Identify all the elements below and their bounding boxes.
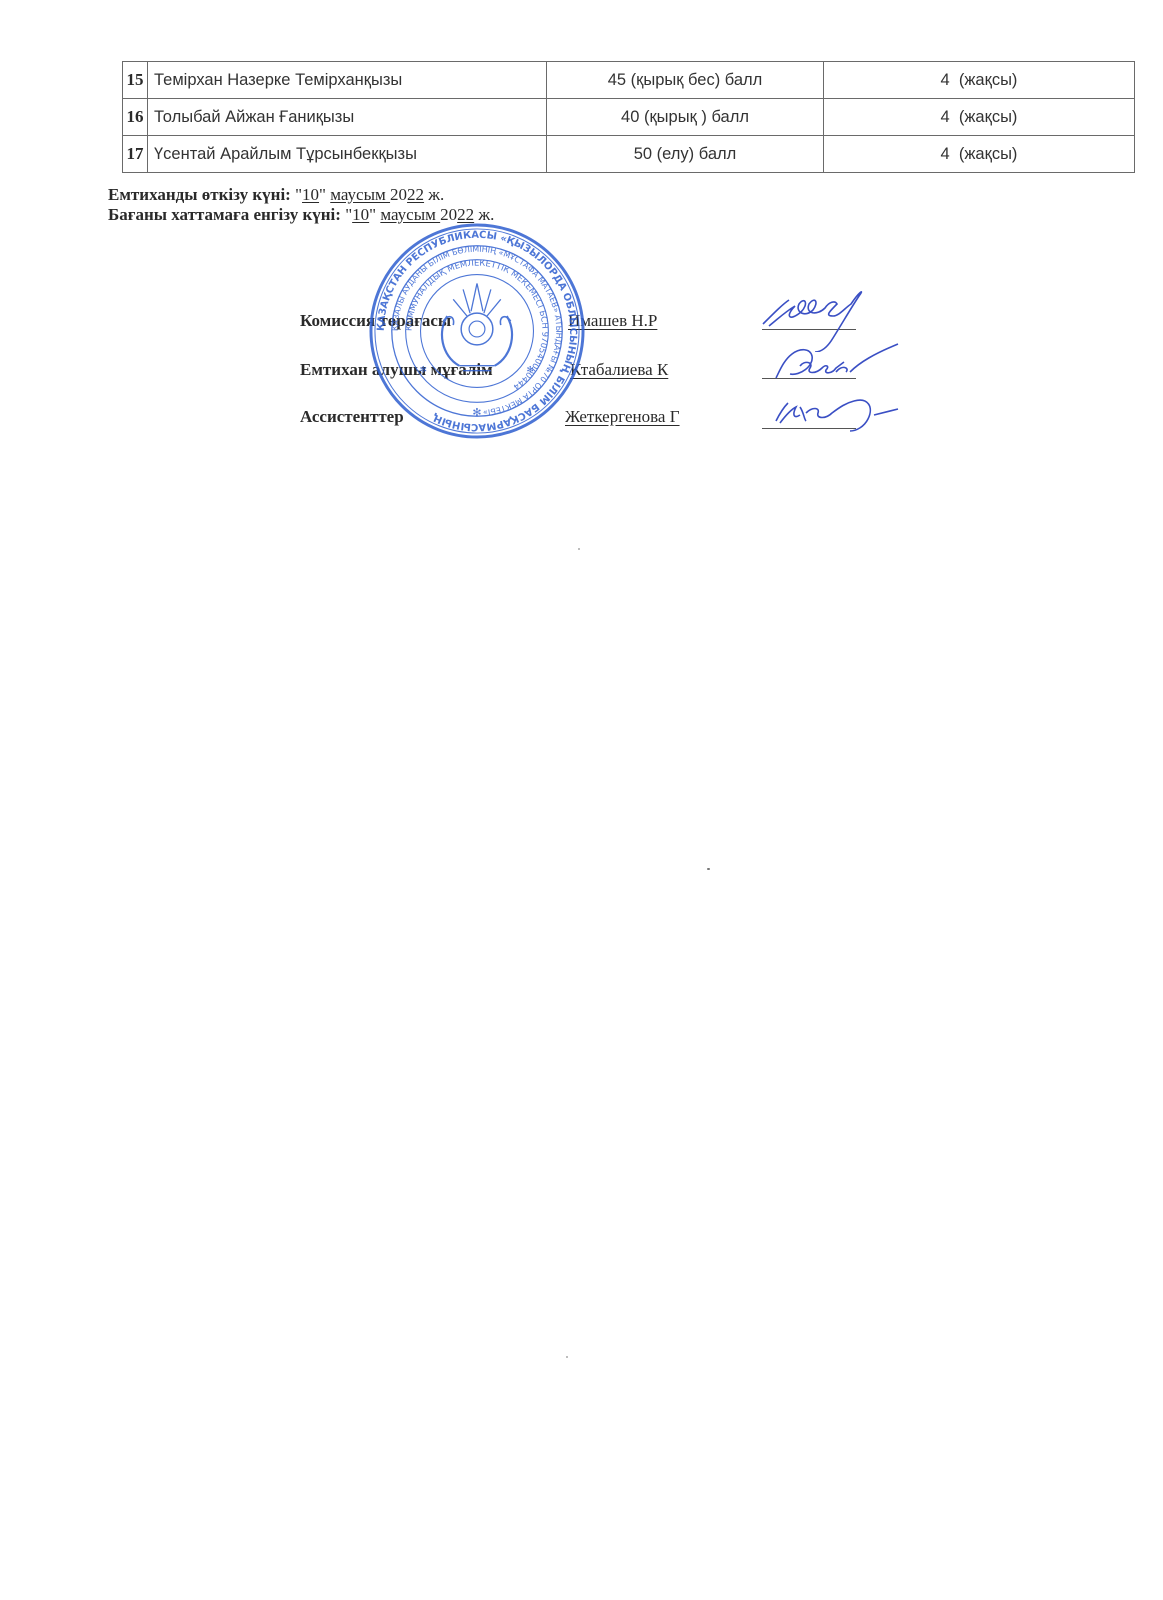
score-cell: 40 (қырық ) балл [547, 99, 824, 136]
svg-text:✻: ✻ [527, 366, 534, 376]
grade-cell: 4 (жақсы) [824, 62, 1135, 99]
grade-cell: 4 (жақсы) [824, 136, 1135, 173]
chair-signature-icon [755, 282, 875, 352]
grade-cell: 4 (жақсы) [824, 99, 1135, 136]
examiner-name: Ктабалиева К [570, 360, 668, 380]
assistants-label: Ассистенттер [300, 407, 404, 427]
table-row: 15Темірхан Назерке Темірханқызы45 (қырық… [123, 62, 1135, 99]
exam-date-label: Емтиханды өткізу күні: [108, 185, 291, 204]
scan-speck [578, 548, 580, 550]
table-row: 16Толыбай Айжан Ғаниқызы40 (қырық ) балл… [123, 99, 1135, 136]
entry-date-month: маусым [380, 205, 440, 224]
row-number: 17 [123, 136, 148, 173]
table-row: 17Үсентай Арайлым Тұрсынбекқызы50 (елу) … [123, 136, 1135, 173]
exam-date-day: 10 [302, 185, 319, 204]
scan-speck [707, 868, 710, 870]
student-name: Темірхан Назерке Темірханқызы [148, 62, 547, 99]
student-name: Толыбай Айжан Ғаниқызы [148, 99, 547, 136]
results-table: 15Темірхан Назерке Темірханқызы45 (қырық… [122, 61, 1135, 173]
entry-date-label: Бағаны хаттамаға енгізу күні: [108, 205, 341, 224]
signature-line [762, 329, 856, 330]
exam-date-line: Емтиханды өткізу күні: "10" маусым 2022 … [108, 185, 444, 205]
exam-date-month: маусым [330, 185, 390, 204]
signature-line [762, 378, 856, 379]
assistant-name: Жеткергенова Г [565, 407, 680, 427]
commission-chair-label: Комиссия төрағасы [300, 311, 451, 331]
entry-date-line: Бағаны хаттамаға енгізу күні: "10" маусы… [108, 205, 494, 225]
svg-text:ҚАЗАҚСТАН РЕСПУБЛИКАСЫ «ҚЫЗЫЛО: ҚАЗАҚСТАН РЕСПУБЛИКАСЫ «ҚЫЗЫЛОРДА ОБЛЫСЫ… [376, 230, 578, 432]
score-cell: 50 (елу) балл [547, 136, 824, 173]
student-name: Үсентай Арайлым Тұрсынбекқызы [148, 136, 547, 173]
commission-chair-name: Имашев Н.Р [568, 311, 657, 331]
entry-date-day: 10 [352, 205, 369, 224]
score-cell: 45 (қырық бес) балл [547, 62, 824, 99]
row-number: 16 [123, 99, 148, 136]
scan-speck [566, 1356, 568, 1358]
signature-line [762, 428, 856, 429]
svg-text:✻: ✻ [472, 406, 481, 419]
row-number: 15 [123, 62, 148, 99]
examiner-label: Емтихан алушы мұғалім [300, 360, 493, 380]
